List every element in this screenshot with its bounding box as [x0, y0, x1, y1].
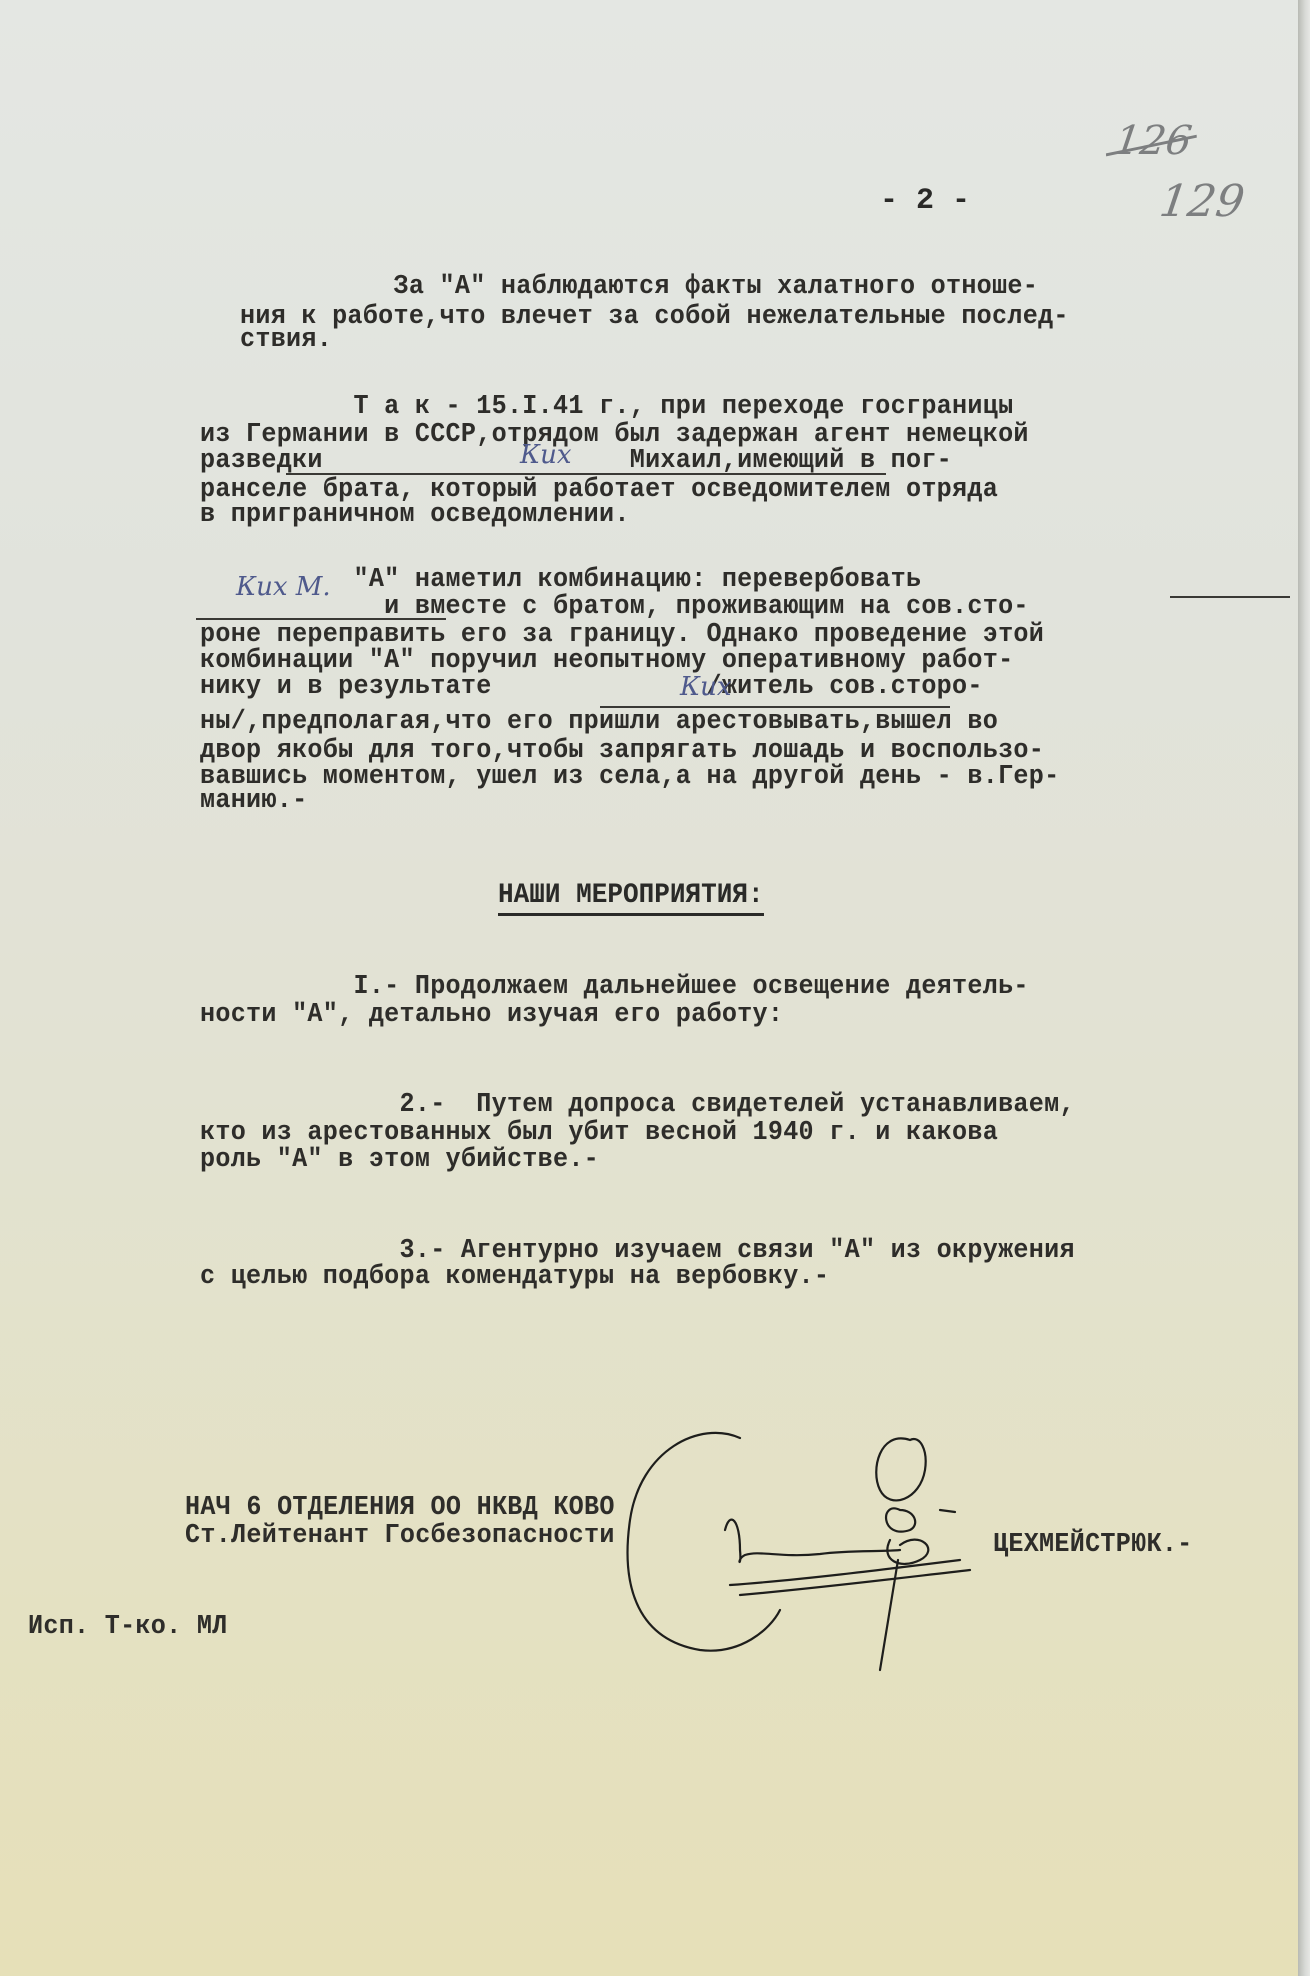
handwritten-signature	[580, 1410, 1000, 1680]
measure-1-line: ности "А", детально изучая его работу:	[200, 1000, 783, 1030]
paragraph1-line: За "А" наблюдаются факты халатного отнош…	[240, 272, 1038, 302]
paragraph2-line: в приграничном осведомлении.	[200, 500, 630, 530]
archive-folio-new: 129	[1156, 176, 1247, 227]
handwritten-name: Ких	[680, 672, 732, 702]
paragraph1-line: ния к работе,что влечет за собой нежелат…	[240, 302, 1069, 332]
scan-edge	[1298, 0, 1310, 1976]
paragraph3-line: вавшись моментом, ушел из села,а на друг…	[200, 762, 1059, 792]
paragraph3-line: и вместе с братом, проживающим на сов.ст…	[200, 592, 1029, 622]
paragraph2-line: Т а к - 15.I.41 г., при переходе госгран…	[200, 392, 1013, 422]
paragraph2-line: разведки Михаил,имеющий в пог-	[200, 446, 952, 476]
measure-2-line: 2.- Путем допроса свидетелей устанавлива…	[200, 1090, 1075, 1120]
paragraph3-line: ны/,предполагая,что его пришли арестовыв…	[200, 707, 998, 737]
executor-note: Исп. Т-ко. МЛ	[28, 1612, 228, 1642]
paragraph1-line: ствия.	[240, 325, 332, 355]
paragraph3-line: нику и в результате /житель сов.сторо-	[200, 672, 983, 702]
measure-2-line: роль "А" в этом убийстве.-	[200, 1145, 599, 1175]
section-heading: НАШИ МЕРОПРИЯТИЯ:	[498, 880, 764, 916]
archive-folio-old: 126	[1112, 118, 1195, 164]
measure-3-line: с целью подбора комендатуры на вербовку.…	[200, 1262, 829, 1292]
blank-line	[1170, 596, 1290, 598]
paragraph3-line: манию.-	[200, 786, 307, 816]
page-number: - 2 -	[880, 184, 970, 218]
signature-rank-line: Ст.Лейтенант Госбезопасности	[185, 1521, 615, 1551]
signature-title-line: НАЧ 6 ОТДЕЛЕНИЯ ОО НКВД КОВО	[185, 1493, 615, 1523]
handwritten-name: Ких	[520, 440, 572, 470]
signatory-name: ЦЕХМЕЙСТРЮК.-	[993, 1530, 1193, 1560]
measure-2-line: кто из арестованных был убит весной 1940…	[200, 1118, 998, 1148]
measure-1-line: I.- Продолжаем дальнейшее освещение деят…	[200, 972, 1029, 1002]
